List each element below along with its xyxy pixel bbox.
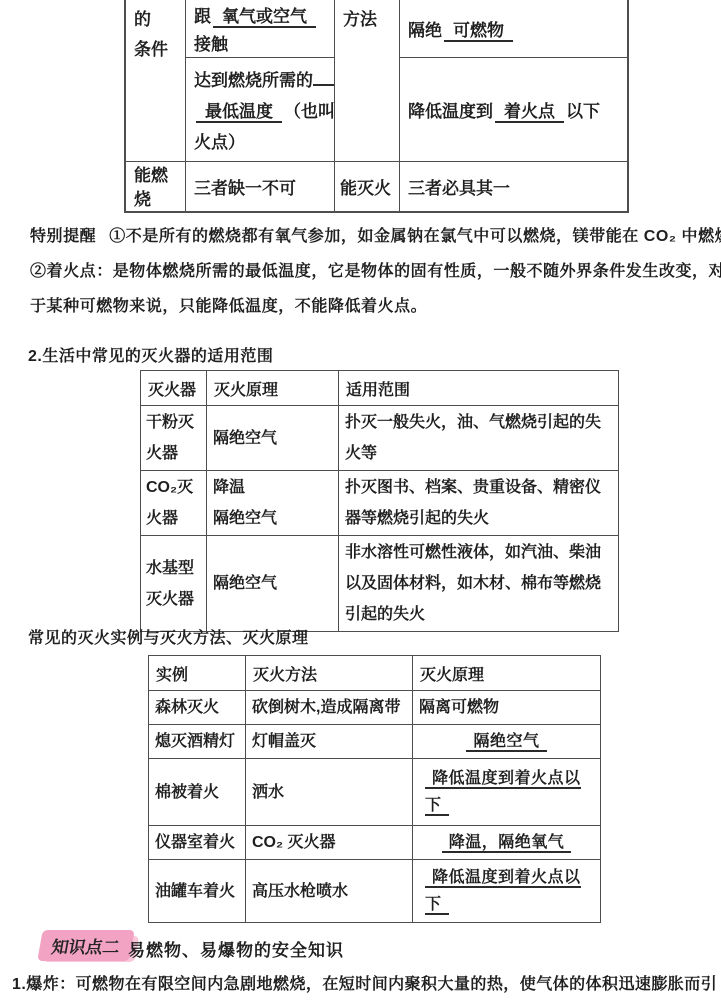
- note-line-1: 特别提醒①不是所有的燃烧都有氧气参加，如金属钠在氯气中可以燃烧，镁带能在 CO₂…: [30, 219, 721, 254]
- cell-extinguisher-name: 干粉灭火器: [141, 406, 207, 471]
- knowledge-point-2-badge: 知识点二: [40, 930, 136, 960]
- table-row: 干粉灭火器 隔绝空气 扑灭一般失火，油、气燃烧引起的失火等: [141, 406, 619, 471]
- explosion-definition-paragraph: 1.爆炸：可燃物在有限空间内急剧地燃烧，在短时间内聚积大量的热，使气体的体积迅速…: [12, 971, 717, 994]
- cell-method: 砍倒树木,造成隔离带: [246, 691, 413, 725]
- table-row: 水基型灭火器 隔绝空气 非水溶性可燃性液体，如汽油、柴油以及固体材料，如木材、棉…: [141, 536, 619, 632]
- badge-label: 知识点二: [37, 930, 134, 961]
- cell-example: 森林灭火: [149, 691, 246, 725]
- col-header-method: 灭火方法: [246, 656, 413, 691]
- col-header-example: 实例: [149, 656, 246, 691]
- cell-condition-oxygen: 跟氧气或空气 接触: [186, 0, 335, 58]
- cell-method: 高压水枪喷水: [246, 860, 413, 923]
- cell-principle: 隔绝空气: [207, 536, 339, 632]
- col-header-scope: 适用范围: [339, 371, 619, 406]
- blank-minimum-temperature: 最低温度: [196, 102, 282, 123]
- cell-condition-temperature: 达到燃烧所需的 最低温度（也叫着 火点）: [186, 58, 335, 162]
- cell-principle: 隔绝空气: [207, 406, 339, 471]
- cell-can-extinguish-label: 能灭火: [335, 162, 400, 211]
- cell-principle: 降低温度到着火点以下: [413, 860, 601, 923]
- special-reminder-note: 特别提醒①不是所有的燃烧都有氧气参加，如金属钠在氯气中可以燃烧，镁带能在 CO₂…: [30, 219, 721, 324]
- note-line-3: 于某种可燃物来说，只能降低温度，不能降低着火点。: [30, 289, 721, 324]
- special-reminder-label: 特别提醒: [30, 228, 96, 245]
- cell-principle: 降温 隔绝空气: [207, 471, 339, 536]
- cell-method: 灯帽盖灭: [246, 725, 413, 759]
- cell-can-burn-label: 能燃烧: [126, 162, 186, 211]
- blank-lower-temperature: 降低温度到着火点以下: [425, 770, 581, 816]
- cell-principle: 降低温度到着火点以下: [413, 759, 601, 826]
- cell-principle: 降温，隔绝氧气: [413, 826, 601, 860]
- table-row: 油罐车着火 高压水枪喷水 降低温度到着火点以下: [149, 860, 601, 923]
- blank-extension: [313, 70, 335, 86]
- extinguish-examples-heading: 常见的灭火实例与灭火方法、灭火原理: [28, 625, 309, 648]
- table-row: CO₂灭火器 降温 隔绝空气 扑灭图书、档案、贵重设备、精密仪器等燃烧引起的失火: [141, 471, 619, 536]
- extinguisher-scope-heading: 2.生活中常见的灭火器的适用范围: [28, 343, 273, 366]
- cell-scope: 非水溶性可燃性液体，如汽油、柴油以及固体材料，如木材、棉布等燃烧引起的失火: [339, 536, 619, 632]
- table-header-row: 灭火器 灭火原理 适用范围: [141, 371, 619, 406]
- col-header-principle: 灭火原理: [207, 371, 339, 406]
- combustion-conditions-table: 的 条件 跟氧气或空气 接触 方法 隔绝可燃物 达到燃烧所需的 最低温度（也叫着…: [124, 0, 629, 213]
- cell-scope: 扑灭图书、档案、贵重设备、精密仪器等燃烧引起的失火: [339, 471, 619, 536]
- table-header-row: 实例 灭火方法 灭火原理: [149, 656, 601, 691]
- cell-method-label: 方法: [335, 0, 400, 162]
- col-header-principle: 灭火原理: [413, 656, 601, 691]
- cell-principle: 隔离可燃物: [413, 691, 601, 725]
- blank-isolate-air: 隔绝空气: [466, 733, 546, 752]
- extinguish-examples-table: 实例 灭火方法 灭火原理 森林灭火 砍倒树木,造成隔离带 隔离可燃物 熄灭酒精灯…: [148, 655, 601, 923]
- cell-extinguisher-name: 水基型灭火器: [141, 536, 207, 632]
- extinguisher-types-table: 灭火器 灭火原理 适用范围 干粉灭火器 隔绝空气 扑灭一般失火，油、气燃烧引起的…: [140, 370, 619, 632]
- col-header-extinguisher: 灭火器: [141, 371, 207, 406]
- cell-scope: 扑灭一般失火，油、气燃烧引起的失火等: [339, 406, 619, 471]
- blank-lower-temperature: 降低温度到着火点以下: [425, 869, 581, 915]
- cell-method-isolate-fuel: 隔绝可燃物: [400, 0, 627, 58]
- cell-method: CO₂ 灭火器: [246, 826, 413, 860]
- knowledge-point-2-title: 易燃物、易爆物的安全知识: [128, 936, 344, 961]
- cell-conditions-label: 的 条件: [126, 0, 186, 162]
- table-row: 仪器室着火 CO₂ 灭火器 降温，隔绝氧气: [149, 826, 601, 860]
- blank-ignition-point: 着火点: [495, 102, 564, 123]
- blank-cool-isolate-oxygen: 降温，隔绝氧气: [442, 834, 572, 853]
- cell-example: 油罐车着火: [149, 860, 246, 923]
- table-row: 森林灭火 砍倒树木,造成隔离带 隔离可燃物: [149, 691, 601, 725]
- blank-oxygen-or-air: 氧气或空气: [213, 7, 316, 28]
- cell-principle: 隔绝空气: [413, 725, 601, 759]
- cell-extinguisher-name: CO₂灭火器: [141, 471, 207, 536]
- conditions-label-line1: 的: [134, 5, 177, 35]
- cell-example: 熄灭酒精灯: [149, 725, 246, 759]
- explosion-label: 1.爆炸：: [12, 976, 76, 993]
- blank-combustible: 可燃物: [444, 21, 513, 42]
- table-row: 熄灭酒精灯 灯帽盖灭 隔绝空气: [149, 725, 601, 759]
- cell-any-one-required: 三者必具其一: [400, 162, 627, 211]
- cell-example: 仪器室着火: [149, 826, 246, 860]
- cell-method-lower-temperature: 降低温度到着火点以下: [400, 58, 627, 162]
- cell-method: 洒水: [246, 759, 413, 826]
- cell-example: 棉被着火: [149, 759, 246, 826]
- note-line-2: ②着火点：是物体燃烧所需的最低温度，它是物体的固有性质，一般不随外界条件发生改变…: [30, 254, 721, 289]
- conditions-label-line2: 条件: [134, 35, 177, 65]
- cell-all-three-required: 三者缺一不可: [186, 162, 335, 211]
- table-row: 棉被着火 洒水 降低温度到着火点以下: [149, 759, 601, 826]
